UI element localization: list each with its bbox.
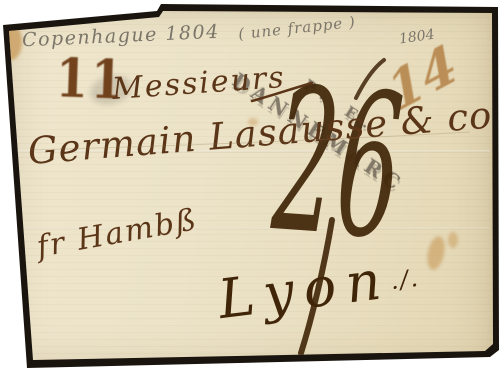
large-rate-mark-26: 26 [268, 62, 407, 268]
paper-stain [448, 232, 458, 248]
destination-flourish: ./. [389, 264, 422, 295]
cover-photograph: Copenhague 1804 ( une frappe ) 1804 P. E… [0, 0, 500, 375]
letter-paper: Copenhague 1804 ( une frappe ) 1804 P. E… [0, 0, 500, 375]
